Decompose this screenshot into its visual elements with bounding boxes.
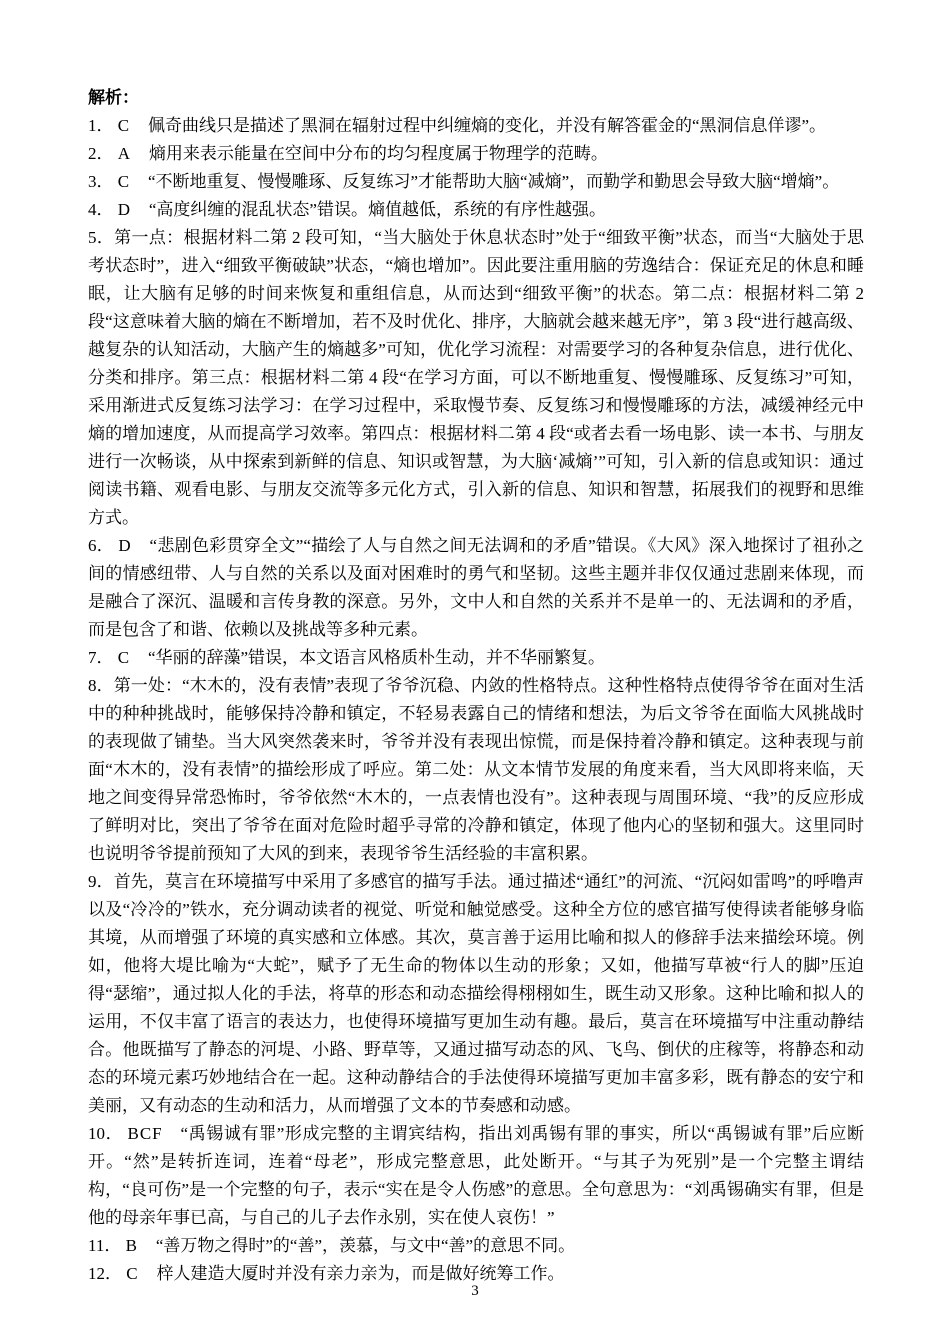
item-number: 7． (88, 648, 114, 667)
item-text: 第一处：“木木的，没有表情”表现了爷爷沉稳、内敛的性格特点。这种性格特点使得爷爷… (88, 676, 864, 863)
item-number: 3． (88, 172, 114, 191)
item-number: 11． (88, 1236, 121, 1255)
answer-letter: C (126, 1264, 138, 1283)
document-page: 解析： 1．C佩奇曲线只是描述了黑洞在辐射过程中纠缠熵的变化，并没有解答霍金的“… (0, 0, 950, 1344)
answer-item-8: 8．第一处：“木木的，没有表情”表现了爷爷沉稳、内敛的性格特点。这种性格特点使得… (88, 672, 864, 868)
item-text: “悲剧色彩贯穿全文”“描绘了人与自然之间无法调和的矛盾”错误。《大风》深入地探讨… (88, 536, 864, 639)
item-text: 熵用来表示能量在空间中分布的均匀程度属于物理学的范畴。 (149, 144, 608, 163)
item-text: “善万物之得时”的“善”，羡慕，与文中“善”的意思不同。 (156, 1236, 575, 1255)
item-text: “华丽的辞藻”错误，本文语言风格质朴生动，并不华丽繁复。 (148, 648, 605, 667)
page-number: 3 (0, 1282, 950, 1300)
answer-item-9: 9．首先，莫言在环境描写中采用了多感官的描写手法。通过描述“通红”的河流、“沉闷… (88, 868, 864, 1120)
answer-item-3: 3．C“不断地重复、慢慢雕琢、反复练习”才能帮助大脑“减熵”，而勤学和勤思会导致… (88, 168, 864, 196)
answer-letter: C (118, 172, 130, 191)
item-text: 梓人建造大厦时并没有亲力亲为，而是做好统筹工作。 (156, 1264, 564, 1283)
item-number: 4． (88, 200, 114, 219)
answer-item-6: 6．D“悲剧色彩贯穿全文”“描绘了人与自然之间无法调和的矛盾”错误。《大风》深入… (88, 532, 864, 644)
answer-item-5: 5．第一点：根据材料二第 2 段可知，“当大脑处于休息状态时”处于“细致平衡”状… (88, 224, 864, 532)
answer-letter: D (118, 536, 131, 555)
answer-letter: C (118, 116, 130, 135)
item-number: 12． (88, 1264, 122, 1283)
item-number: 2． (88, 144, 114, 163)
page-title: 解析： (88, 84, 864, 112)
item-number: 8． (88, 676, 114, 695)
item-number: 10． (88, 1124, 123, 1143)
item-text: 第一点：根据材料二第 2 段可知，“当大脑处于休息状态时”处于“细致平衡”状态，… (88, 228, 864, 527)
answer-item-4: 4．D“高度纠缠的混乱状态”错误。熵值越低，系统的有序性越强。 (88, 196, 864, 224)
item-text: “禹锡诚有罪”形成完整的主谓宾结构，指出刘禹锡有罪的事实，所以“禹锡诚有罪”后应… (88, 1124, 864, 1227)
item-text: “不断地重复、慢慢雕琢、反复练习”才能帮助大脑“减熵”，而勤学和勤思会导致大脑“… (148, 172, 839, 191)
answer-letter: BCF (127, 1124, 162, 1143)
answer-item-1: 1．C佩奇曲线只是描述了黑洞在辐射过程中纠缠熵的变化，并没有解答霍金的“黑洞信息… (88, 112, 864, 140)
answer-letter: B (126, 1236, 138, 1255)
item-number: 5． (88, 228, 114, 247)
item-number: 6． (88, 536, 114, 555)
item-number: 9． (88, 872, 114, 891)
answer-letter: A (118, 144, 131, 163)
answer-item-7: 7．C“华丽的辞藻”错误，本文语言风格质朴生动，并不华丽繁复。 (88, 644, 864, 672)
answer-letter: C (118, 648, 130, 667)
answer-letter: D (118, 200, 131, 219)
answer-item-10: 10．BCF“禹锡诚有罪”形成完整的主谓宾结构，指出刘禹锡有罪的事实，所以“禹锡… (88, 1120, 864, 1232)
answer-item-2: 2．A熵用来表示能量在空间中分布的均匀程度属于物理学的范畴。 (88, 140, 864, 168)
item-text: 首先，莫言在环境描写中采用了多感官的描写手法。通过描述“通红”的河流、“沉闷如雷… (88, 872, 864, 1115)
item-number: 1． (88, 116, 114, 135)
item-text: 佩奇曲线只是描述了黑洞在辐射过程中纠缠熵的变化，并没有解答霍金的“黑洞信息佯谬”… (148, 116, 826, 135)
answer-item-11: 11．B“善万物之得时”的“善”，羡慕，与文中“善”的意思不同。 (88, 1232, 864, 1260)
item-text: “高度纠缠的混乱状态”错误。熵值越低，系统的有序性越强。 (149, 200, 606, 219)
